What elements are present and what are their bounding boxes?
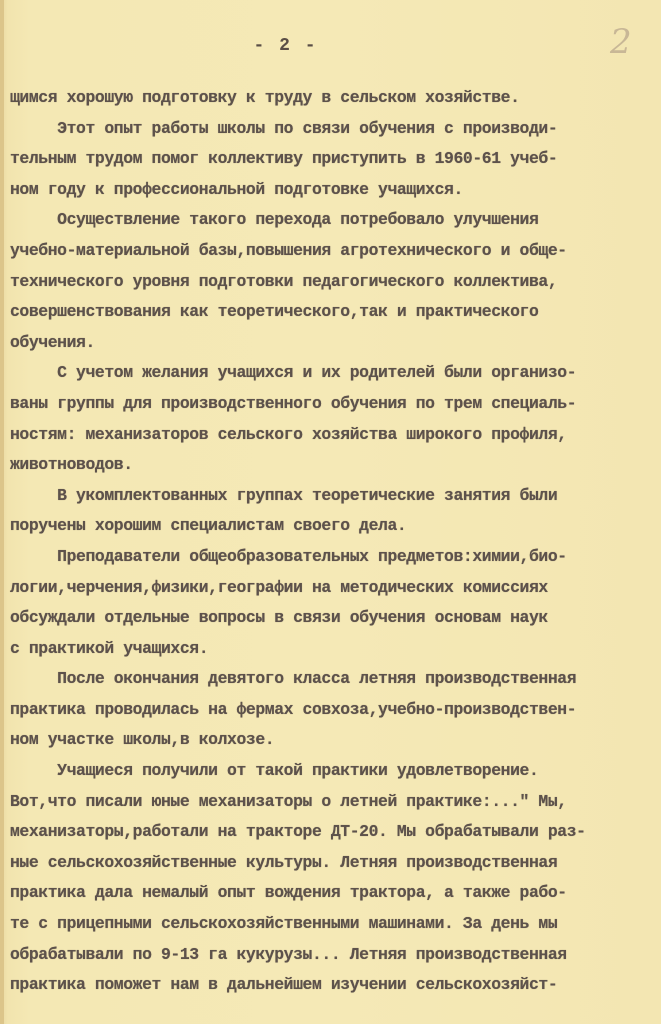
text-line: с практикой учащихся. (10, 634, 650, 665)
text-line: С учетом желания учащихся и их родителей… (10, 358, 650, 389)
text-line: Вот,что писали юные механизаторы о летне… (10, 787, 650, 818)
page-edge (0, 0, 4, 1024)
text-line: Осуществление такого перехода потребовал… (10, 205, 650, 236)
text-line: те с прицепными сельскохозяйственными ма… (10, 909, 650, 940)
text-line: В укомплектованных группах теоретические… (10, 481, 650, 512)
document-page: - 2 - 2 щимся хорошую подготовку к труду… (0, 0, 661, 1024)
text-line: поручены хорошим специалистам своего дел… (10, 511, 650, 542)
page-number: - 2 - (0, 36, 571, 56)
text-line: логии,черчения,физики,географии на метод… (10, 573, 650, 604)
text-line: практика проводилась на фермах совхоза,у… (10, 695, 650, 726)
handwritten-page-mark: 2 (610, 22, 632, 62)
text-line: Учащиеся получили от такой практики удов… (10, 756, 650, 787)
text-line: обрабатывали по 9-13 га кукурузы... Летн… (10, 940, 650, 971)
typewritten-body: щимся хорошую подготовку к труду в сельс… (10, 83, 650, 1001)
text-line: ваны группы для производственного обучен… (10, 389, 650, 420)
text-line: ном участке школы,в колхозе. (10, 725, 650, 756)
text-line: щимся хорошую подготовку к труду в сельс… (10, 83, 650, 114)
text-line: Этот опыт работы школы по связи обучения… (10, 114, 650, 145)
text-line: обучения. (10, 328, 650, 359)
text-line: Преподаватели общеобразовательных предме… (10, 542, 650, 573)
text-line: практика дала немалый опыт вождения трак… (10, 878, 650, 909)
text-line: ные сельскохозяйственные культуры. Летня… (10, 848, 650, 879)
text-line: тельным трудом помог коллективу приступи… (10, 144, 650, 175)
text-line: ном году к профессиональной подготовке у… (10, 175, 650, 206)
text-line: совершенствования как теоретического,так… (10, 297, 650, 328)
text-line: учебно-материальной базы,повышения агрот… (10, 236, 650, 267)
text-line: животноводов. (10, 450, 650, 481)
text-line: ностям: механизаторов сельского хозяйств… (10, 420, 650, 451)
text-line: После окончания девятого класса летняя п… (10, 664, 650, 695)
text-line: механизаторы,работали на тракторе ДТ-20.… (10, 817, 650, 848)
text-line: практика поможет нам в дальнейшем изучен… (10, 970, 650, 1001)
text-line: технического уровня подготовки педагогич… (10, 267, 650, 298)
text-line: обсуждали отдельные вопросы в связи обуч… (10, 603, 650, 634)
